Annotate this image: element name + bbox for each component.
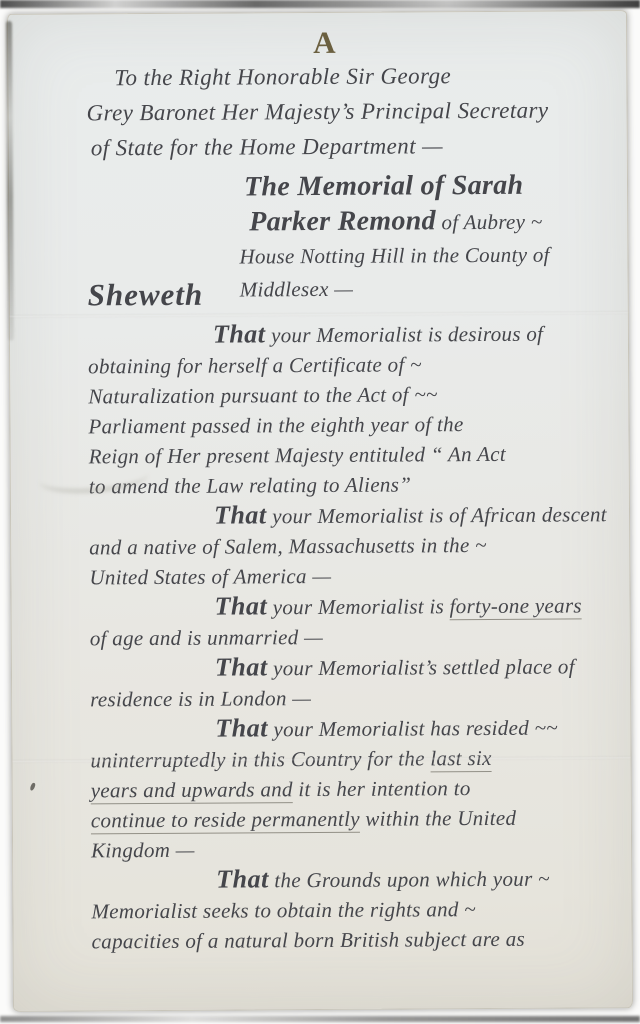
handwritten-line: That your Memorialist’s settled place of — [90, 650, 618, 684]
handwritten-text: The Memorial of Sarah — [244, 170, 524, 203]
handwritten-text: it is her intention to — [293, 776, 471, 801]
handwritten-line: Grey Baronet Her Majesty’s Principal Sec… — [86, 92, 614, 130]
paragraph-residence: That your Memorialist’s settled place of… — [90, 650, 618, 714]
handwritten-line: The Memorial of Sarah — [87, 168, 615, 206]
handwritten-text: Grey Baronet Her Majesty’s Principal Sec… — [86, 98, 548, 126]
handwritten-text: your Memorialist is of African descent — [267, 502, 607, 528]
handwritten-text: residence is in London — — [90, 686, 311, 711]
underlined-text: continue to reside permanently — [91, 807, 360, 835]
handwritten-text: That — [216, 864, 269, 893]
handwritten-text: Middlesex — — [240, 277, 354, 302]
handwritten-text: Parker Remond — [249, 205, 436, 237]
handwritten-line: of State for the Home Department — — [87, 127, 615, 165]
handwritten-text: to amend the Law relating to Aliens” — [89, 472, 411, 498]
handwritten-text: within the United — [360, 806, 517, 831]
handwritten-text: your Memorialist’s settled place of — [267, 654, 574, 680]
address-block: To the Right Honorable Sir GeorgeGrey Ba… — [86, 57, 615, 165]
handwritten-text: capacities of a natural born British sub… — [92, 927, 525, 954]
paragraph-grounds: That the Grounds upon which your ~Memori… — [91, 862, 620, 956]
handwritten-text: Naturalization pursuant to the Act of ~~ — [88, 382, 437, 408]
handwritten-line: continue to reside permanently within th… — [91, 802, 619, 835]
handwritten-line: Parker Remond of Aubrey ~ — [87, 203, 615, 241]
page-marker-letter: A — [313, 25, 337, 61]
handwritten-line: capacities of a natural born British sub… — [92, 923, 620, 956]
handwritten-text: Memorialist seeks to obtain the rights a… — [91, 897, 476, 923]
handwritten-text: of Aubrey ~ — [436, 210, 543, 235]
handwritten-text: Parliament passed in the eighth year of … — [88, 412, 463, 438]
handwritten-line: That your Memorialist is of African desc… — [89, 498, 617, 532]
handwritten-line: and a native of Salem, Massachusetts in … — [89, 529, 617, 562]
document-body: To the Right Honorable Sir GeorgeGrey Ba… — [86, 57, 619, 956]
handwritten-text: Kingdom — — [91, 838, 195, 863]
handwritten-text: That — [214, 500, 267, 529]
handwritten-line: United States of America — — [89, 559, 617, 592]
handwritten-line: uninterruptedly in this Country for the … — [90, 742, 618, 775]
handwritten-text: the Grounds upon which your ~ — [269, 867, 550, 893]
handwritten-text: To the Right Honorable Sir George — [114, 63, 451, 90]
handwritten-text: your Memorialist is — [267, 594, 450, 619]
handwritten-text: your Memorialist has resided ~~ — [268, 716, 558, 742]
handwritten-text: United States of America — — [89, 564, 331, 589]
underlined-text: years and upwards and — [91, 777, 293, 804]
handwritten-text: of State for the Home Department — — [91, 133, 443, 160]
handwritten-text: and a native of Salem, Massachusetts in … — [89, 533, 487, 559]
handwritten-line: Reign of Her present Majesty entituled “… — [89, 438, 617, 471]
handwritten-text: That — [213, 319, 266, 348]
handwritten-text: That — [215, 713, 268, 742]
handwritten-text: your Memorialist is desirous of — [265, 322, 543, 348]
handwritten-line: Naturalization pursuant to the Act of ~~ — [88, 378, 616, 411]
paragraph-descent: That your Memorialist is of African desc… — [89, 498, 618, 592]
handwritten-text: Sheweth — [88, 277, 204, 313]
handwritten-line: That your Memorialist has resided ~~ — [90, 711, 618, 745]
paper-edge-shadow — [6, 21, 14, 341]
handwritten-line: years and upwards and it is her intentio… — [91, 772, 619, 805]
document-scan: A To the Right Honorable Sir GeorgeGrey … — [0, 0, 640, 1024]
handwritten-text: House Notting Hill in the County of — [239, 243, 549, 269]
handwritten-line: Parliament passed in the eighth year of … — [88, 408, 616, 441]
handwritten-line: residence is in London — — [90, 681, 618, 714]
paragraph-desirous: That your Memorialist is desirous ofobta… — [88, 317, 617, 501]
handwritten-text: Reign of Her present Majesty entituled “… — [89, 442, 506, 469]
underlined-text: forty-one years — [450, 593, 582, 620]
handwritten-line: House Notting Hill in the County of — [87, 238, 615, 274]
handwritten-line: to amend the Law relating to Aliens” — [89, 468, 617, 501]
handwritten-line: That your Memorialist is desirous of — [88, 317, 616, 351]
paper-sheet: A To the Right Honorable Sir GeorgeGrey … — [7, 10, 633, 1012]
handwritten-line: That your Memorialist is forty-one years — [89, 589, 617, 623]
handwritten-text: of age and is unmarried — — [90, 625, 323, 650]
paragraph-age: That your Memorialist is forty-one years… — [89, 589, 617, 653]
handwritten-text: That — [214, 591, 267, 620]
paragraph-resided: That your Memorialist has resided ~~unin… — [90, 711, 619, 865]
ink-spot — [29, 782, 35, 791]
handwritten-line: obtaining for herself a Certificate of ~ — [88, 348, 616, 381]
handwritten-line: Memorialist seeks to obtain the rights a… — [91, 893, 619, 926]
handwritten-text: obtaining for herself a Certificate of ~ — [88, 352, 422, 378]
handwritten-line: Kingdom — — [91, 832, 619, 865]
handwritten-text: uninterruptedly in this Country for the — [90, 746, 430, 772]
handwritten-line: To the Right Honorable Sir George — [86, 57, 614, 95]
handwritten-text: That — [215, 652, 268, 681]
underlined-text: last six — [430, 746, 491, 772]
handwritten-line: That the Grounds upon which your ~ — [91, 862, 619, 896]
handwritten-line: of age and is unmarried — — [90, 620, 618, 653]
